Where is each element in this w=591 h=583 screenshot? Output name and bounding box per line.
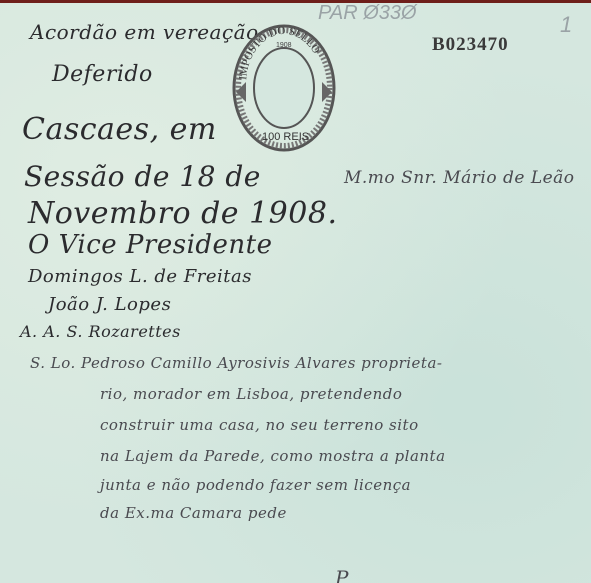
- signature-1: Domingos L. de Freitas: [28, 266, 252, 287]
- dispatch-line-6: O Vice Presidente: [28, 230, 273, 260]
- signature-3: A. A. S. Rozarettes: [20, 322, 181, 341]
- serial-number: B023470: [432, 34, 509, 56]
- dispatch-line-3: Cascaes, em: [22, 112, 217, 147]
- dispatch-line-5: Novembro de 1908.: [28, 196, 337, 231]
- svg-text:1908: 1908: [276, 42, 292, 49]
- petition-line-5: junta e não podendo fazer sem licença: [100, 476, 411, 494]
- petition-line-3: construir uma casa, no seu terreno sito: [100, 416, 419, 434]
- page-number: 1: [560, 12, 572, 38]
- scan-top-border: [0, 0, 591, 3]
- bottom-fragment: P: [335, 566, 349, 583]
- dispatch-line-1: Acordão em vereação: [30, 20, 259, 44]
- dispatch-line-4: Sessão de 18 de: [24, 160, 261, 193]
- svg-text:100 REIS: 100 REIS: [262, 131, 309, 143]
- petition-line-6: da Ex.ma Camara pede: [100, 504, 287, 522]
- document-page: Acordão em vereação Deferido Cascaes, em…: [0, 0, 591, 583]
- signature-2: João J. Lopes: [48, 294, 171, 315]
- tax-stamp-icon: IMPOSTO DO SELLO 1908 100 REIS: [232, 22, 336, 152]
- dispatch-line-2: Deferido: [52, 62, 153, 87]
- petition-line-4: na Lajem da Parede, como mostra a planta: [100, 447, 446, 465]
- petition-line-2: rio, morador em Lisboa, pretendendo: [100, 385, 402, 403]
- margin-note: M.mo Snr. Mário de Leão: [344, 168, 575, 188]
- petition-line-1: S. Lo. Pedroso Camillo Ayrosivis Alvares…: [30, 354, 442, 372]
- stamp-graphic: IMPOSTO DO SELLO 1908 100 REIS: [232, 22, 336, 152]
